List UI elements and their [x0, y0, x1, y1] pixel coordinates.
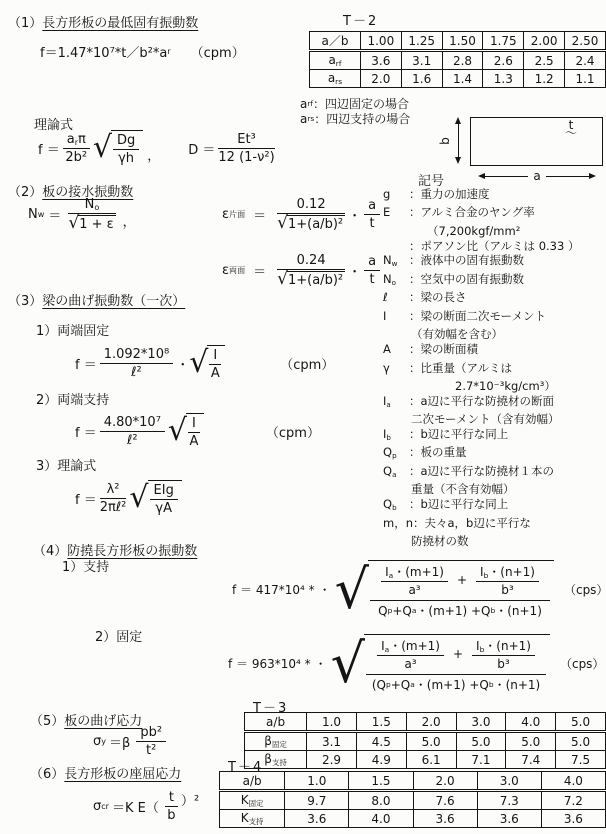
formula-buckling-stress: σcr ＝K E（ t b ）² — [93, 790, 199, 823]
fraction: arπ 2b² — [63, 132, 90, 165]
cell: 6.1 — [406, 751, 456, 769]
item-supported-ends: 2）両端支持 — [36, 389, 109, 408]
symbol-item: Nw：液体中の固有振動数 — [383, 253, 605, 271]
table-row: K固定 9.7 8.0 7.6 7.3 7.2 — [220, 791, 606, 810]
radical-icon: √ — [93, 137, 112, 160]
fraction: Ia・(m+1)a³ — [377, 637, 444, 671]
table-row: β固定 3.1 4.5 5.0 5.0 5.0 5.0 — [245, 732, 606, 751]
cell: 1.3 — [483, 70, 524, 88]
plate-rectangle — [470, 117, 603, 166]
symbol-item: Ia：a辺に平行な防撓材の断面 — [383, 394, 605, 412]
item-fixed-ends: 1）両端固定 — [36, 320, 109, 339]
symbol-desc-cont: 2.7*10⁻³kg/cm³） — [383, 379, 605, 394]
header-cell: 2.50 — [565, 32, 606, 51]
fraction: pb² t² — [136, 725, 166, 758]
tilde-mark: ～ — [565, 128, 577, 139]
unit-label: （cps） — [560, 655, 604, 672]
cell: 4.0 — [349, 810, 413, 828]
radicand: EIgγA — [148, 480, 182, 516]
table-row: arf 3.6 3.1 2.8 2.6 2.5 2.4 — [310, 51, 606, 70]
header-cell: a/b — [245, 713, 307, 732]
header-cell: 4.0 — [506, 713, 556, 732]
header-cell: 2.0 — [406, 713, 456, 732]
unit-label: （cpm） — [280, 354, 334, 373]
cell: 7.4 — [506, 751, 556, 769]
cell: 1.4 — [442, 70, 483, 88]
row-header-cell: K固定 — [220, 791, 285, 810]
radicand: IA — [186, 413, 204, 449]
cell: 3.1 — [307, 732, 357, 751]
header-cell: 4.0 — [541, 772, 605, 791]
symbol-item: Ib：b辺に平行な同上 — [383, 427, 605, 445]
note-ars: ars：四辺支持の場合 — [300, 110, 410, 127]
symbol-desc-cont: 重量（不含有効幅） — [383, 482, 605, 497]
cell: 7.5 — [556, 751, 606, 769]
section-1-heading: （1）長方形板の最低固有振動数 — [8, 12, 198, 31]
row-header-cell: ars — [310, 70, 361, 88]
symbol-item: Qb：b辺に平行な同上 — [383, 497, 605, 515]
b-dimension-arrow — [455, 117, 461, 164]
a-dimension-arrow: a — [478, 169, 596, 183]
symbol-item: I：梁の断面二次モーメント — [383, 309, 605, 327]
symbol-item: E：アルミ合金のヤング率 — [383, 205, 605, 223]
term: ）² — [181, 790, 199, 809]
header-cell: 2.00 — [524, 32, 565, 51]
term: f ＝ — [38, 139, 60, 158]
fraction: Ia・(m+1)a³ — [381, 563, 448, 597]
header-cell: 1.25 — [401, 32, 442, 51]
unit-label: （cpm） — [266, 422, 320, 441]
cell: 2.4 — [565, 51, 606, 70]
cell: 5.0 — [456, 732, 506, 751]
section-title: 長方形板の最低固有振動数 — [42, 16, 198, 31]
cell: 3.1 — [401, 51, 442, 70]
table-row: a／b 1.00 1.25 1.50 1.75 2.00 2.50 — [310, 32, 606, 51]
cell: 5.0 — [556, 732, 606, 751]
header-cell: 1.75 — [483, 32, 524, 51]
table-row: β支持 2.9 4.9 6.1 7.1 7.4 7.5 — [245, 751, 606, 769]
fraction: Et³ 12 (1-ν²) — [218, 132, 274, 165]
row-header-cell: K支持 — [220, 810, 285, 828]
fraction: 0.12 √1+(a/b)² — [277, 197, 345, 232]
cell: 2.5 — [524, 51, 565, 70]
formula-fixed-ends: f ＝ 1.092*10⁸ ℓ² ・ √ IA （cpm） — [75, 345, 334, 381]
fraction: 4.80*10⁷ ℓ² — [100, 415, 165, 448]
section-number: （1） — [8, 16, 42, 31]
symbol-item: Qp：板の重量 — [383, 445, 605, 463]
symbol-desc-cont: （有効幅を含む） — [383, 327, 605, 342]
cell: 7.1 — [456, 751, 506, 769]
section-4-heading: （4）防撓長方形板の振動数 — [33, 540, 197, 559]
cell: 5.0 — [506, 732, 556, 751]
symbol-item: ：ポアソン比（アルミは 0.33 ） — [383, 239, 605, 254]
comma: ， — [147, 145, 160, 164]
fraction: Ib・(n+1)b³ — [476, 563, 539, 597]
formula-beam-theory: f ＝ λ² 2πℓ² √ EIgγA — [75, 480, 182, 516]
cell: 3.6 — [541, 810, 605, 828]
radical-icon: √ — [168, 420, 187, 443]
row-header-cell: β固定 — [245, 732, 307, 751]
table-row: ars 2.0 1.6 1.4 1.3 1.2 1.1 — [310, 70, 606, 88]
header-cell: 3.0 — [477, 772, 541, 791]
cell: 5.0 — [406, 732, 456, 751]
symbols-list: g：重力の加速度 E：アルミ合金のヤング率 （7,200kgf/mm² ：ポアソ… — [383, 187, 605, 549]
section-3-heading: （3）梁の曲げ振動数（一次） — [8, 290, 185, 309]
section-6-heading: （6）長方形板の座屈応力 — [30, 763, 181, 782]
formula-bending-stress: σy ＝β pb² t² — [93, 725, 169, 758]
header-cell: 1.5 — [349, 772, 413, 791]
row-header-cell: arf — [310, 51, 361, 70]
radical-icon: √ — [189, 352, 208, 375]
header-cell: 2.0 — [413, 772, 477, 791]
cell: 2.9 — [307, 751, 357, 769]
item-supported: 1）支持 — [62, 556, 109, 575]
subscript: r — [167, 47, 170, 56]
term: f＝1.47*10⁷*t／b²*a — [40, 42, 167, 61]
radical-icon: √ — [335, 568, 369, 611]
symbol-desc-cont: 防撓材の数 — [383, 534, 605, 549]
cell: 7.6 — [413, 791, 477, 810]
fraction: 1.092*10⁸ ℓ² — [100, 347, 173, 380]
header-cell: 3.0 — [456, 713, 506, 732]
cell: 2.8 — [442, 51, 483, 70]
formula-stiffened-supported: f ＝ 417*10⁴ * ・ √ Ia・(m+1)a³ + Ib・(n+1)b… — [232, 560, 606, 619]
radicand: Ia・(m+1)a³ + Ib・(n+1)b³ (Qp+Qa・(m+1) +Qb… — [364, 634, 550, 693]
term: D ＝ — [188, 139, 215, 158]
header-cell: 1.50 — [442, 32, 483, 51]
formula-stiffened-fixed: f ＝ 963*10⁴ * ・ √ Ia・(m+1)a³ + Ib・(n+1)b… — [228, 634, 604, 693]
cell: 1.6 — [401, 70, 442, 88]
symbol-item: A：梁の断面積 — [383, 342, 605, 360]
radical-icon: √ — [331, 642, 365, 685]
table-t4: a/b 1.0 1.5 2.0 3.0 4.0 K固定 9.7 8.0 7.6 … — [219, 771, 606, 828]
symbol-desc-cont: （7,200kgf/mm² — [383, 224, 605, 239]
t-label: t ～ — [565, 120, 577, 139]
cell: 7.3 — [477, 791, 541, 810]
table-row: a/b 1.0 1.5 2.0 3.0 4.0 5.0 — [245, 713, 606, 732]
symbol-item: ℓ：梁の長さ — [383, 290, 605, 308]
arrow-up-icon — [455, 117, 461, 124]
comma: ， — [123, 211, 136, 230]
fraction: 0.24 √1+(a/b)² — [277, 253, 345, 288]
formula-plate-theory: f ＝ arπ 2b² √ Dg γh ， D ＝ Et³ 12 (1-ν²) — [38, 130, 278, 166]
cell: 8.0 — [349, 791, 413, 810]
header-cell: 5.0 — [556, 713, 606, 732]
symbol-item: m，n：夫々a，b辺に平行な — [383, 516, 605, 534]
fraction: a t — [364, 254, 380, 287]
document-page: （1）長方形板の最低固有振動数 f＝1.47*10⁷*t／b²*ar （cpm）… — [0, 0, 606, 834]
header-cell: a／b — [310, 32, 361, 51]
b-label: b — [438, 137, 452, 145]
cell: 7.2 — [541, 791, 605, 810]
arrow-right-icon — [589, 173, 596, 179]
item-theory: 3）理論式 — [36, 455, 96, 474]
a-label: a — [533, 169, 540, 183]
t2-label: T－2 — [343, 10, 378, 29]
radicand: Ia・(m+1)a³ + Ib・(n+1)b³ Qp+Qa・(m+1) +Qb・… — [368, 560, 554, 619]
radicand: Dg γh — [111, 130, 143, 166]
fraction: a t — [364, 198, 380, 231]
table-t2: a／b 1.00 1.25 1.50 1.75 2.00 2.50 arf 3.… — [309, 31, 606, 88]
arrow-down-icon — [455, 157, 461, 164]
header-cell: a/b — [220, 772, 285, 791]
header-cell: 1.0 — [285, 772, 349, 791]
formula-eps-double: ε両面 ＝ 0.24 √1+(a/b)² ・ a t — [222, 253, 383, 288]
symbol-item: γ：比重量（アルミは — [383, 361, 605, 379]
plate-diagram: t ～ b a — [450, 112, 606, 188]
formula-plate-freq: f＝1.47*10⁷*t／b²*ar （cpm） — [40, 42, 245, 61]
cell: 4.5 — [356, 732, 406, 751]
radicand: IA — [207, 345, 225, 381]
fraction: t b — [165, 790, 178, 823]
cell: 1.1 — [565, 70, 606, 88]
fraction: λ² 2πℓ² — [100, 482, 127, 515]
formula-supported-ends: f ＝ 4.80*10⁷ ℓ² √ IA （cpm） — [75, 413, 320, 449]
cell: 3.6 — [477, 810, 541, 828]
unit-label: （cpm） — [191, 42, 245, 61]
cell: 1.2 — [524, 70, 565, 88]
fraction: Ib・(n+1)b³ — [472, 637, 535, 671]
formula-eps-single: ε片面 ＝ 0.12 √1+(a/b)² ・ a t — [222, 197, 383, 232]
table-row: a/b 1.0 1.5 2.0 3.0 4.0 — [220, 772, 606, 791]
radical-icon: √ — [129, 487, 148, 510]
table-row: K支持 3.6 4.0 3.6 3.6 3.6 — [220, 810, 606, 828]
table-t3: a/b 1.0 1.5 2.0 3.0 4.0 5.0 β固定 3.1 4.5 … — [244, 712, 606, 769]
symbol-desc-cont: 二次モーメント（含有効幅） — [383, 412, 605, 427]
cell: 2.6 — [483, 51, 524, 70]
header-cell: 1.00 — [360, 32, 401, 51]
symbol-item: Qa：a辺に平行な防撓材１本の — [383, 464, 605, 482]
header-cell: 1.5 — [356, 713, 406, 732]
symbol-item: No：空気中の固有振動数 — [383, 272, 605, 290]
symbol-item: g：重力の加速度 — [383, 187, 605, 205]
cell: 2.0 — [360, 70, 401, 88]
cell: 3.6 — [360, 51, 401, 70]
cell: 4.9 — [356, 751, 406, 769]
arrow-left-icon — [478, 173, 485, 179]
item-fixed: 2）固定 — [95, 626, 142, 645]
header-cell: 1.0 — [307, 713, 357, 732]
cell: 3.6 — [285, 810, 349, 828]
fraction: No √1 + ε — [68, 197, 115, 232]
formula-wet-freq: Nw ＝ No √1 + ε ， — [28, 197, 138, 232]
cell: 9.7 — [285, 791, 349, 810]
cell: 3.6 — [413, 810, 477, 828]
unit-label: （cps） — [564, 581, 606, 598]
